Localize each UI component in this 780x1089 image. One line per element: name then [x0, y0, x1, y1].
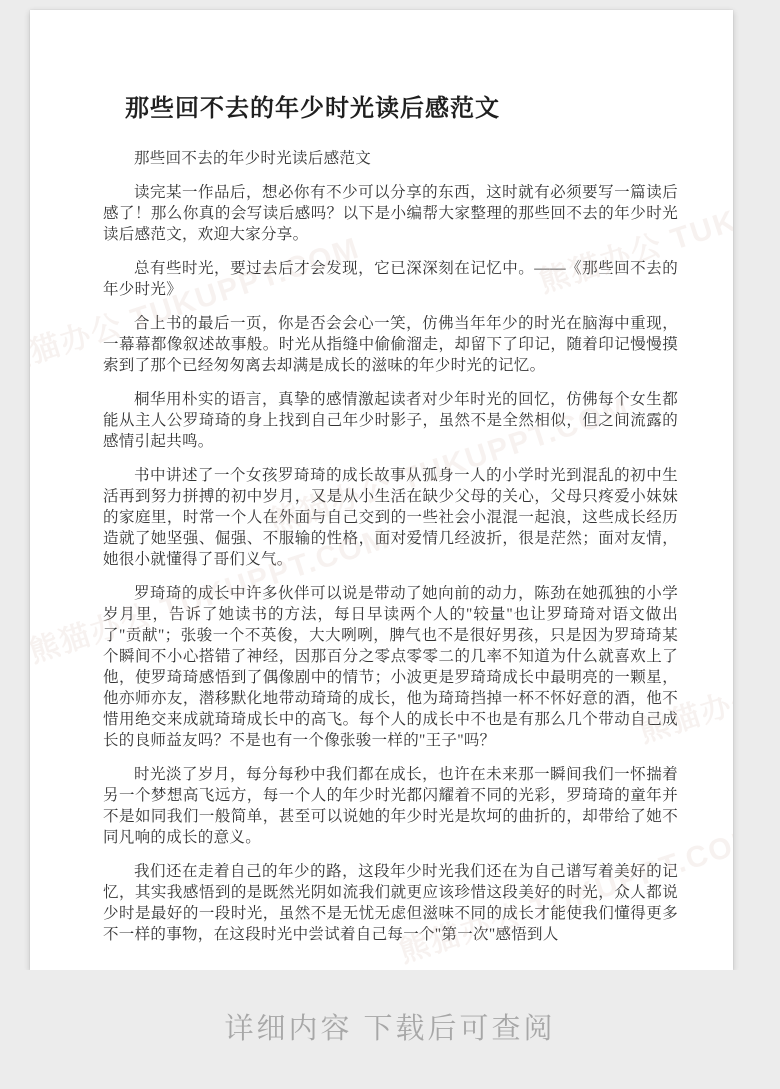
- doc-paragraph: 读完某一作品后，想必你有不少可以分享的东西，这时就有必须要写一篇读后感了！那么你…: [103, 182, 678, 245]
- doc-paragraph: 书中讲述了一个女孩罗琦琦的成长故事从孤身一人的小学时光到混乱的初中生活再到努力拼…: [103, 465, 678, 570]
- doc-paragraph: 总有些时光，要过去后才会发现，它已深深刻在记忆中。——《那些回不去的年少时光》: [103, 258, 678, 300]
- footer-bar: 详细内容 下载后可查阅: [0, 970, 780, 1089]
- doc-paragraph: 时光淡了岁月，每分每秒中我们都在成长，也许在未来那一瞬间我们一怀揣着另一个梦想高…: [103, 764, 678, 848]
- doc-paragraph: 桐华用朴实的语言，真挚的感情激起读者对少年时光的回忆，仿佛每个女生都能从主人公罗…: [103, 389, 678, 452]
- doc-paragraph: 我们还在走着自己的年少的路，这段年少时光我们还在为自己谱写着美好的记忆，其实我感…: [103, 861, 678, 945]
- document-page: 熊猫办公 TUKUPPT.COM熊猫办公 TUKUPPT.COM熊猫办公 TUK…: [30, 10, 733, 970]
- document-title: 那些回不去的年少时光读后感范文: [125, 94, 678, 124]
- footer-caption: 详细内容 下载后可查阅: [224, 1006, 555, 1047]
- doc-paragraph: 罗琦琦的成长中许多伙伴可以说是带动了她向前的动力，陈劲在她孤独的小学岁月里，告诉…: [103, 583, 678, 751]
- doc-paragraph: 合上书的最后一页，你是否会会心一笑，仿佛当年年少的时光在脑海中重现，一幕幕都像叙…: [103, 313, 678, 376]
- document-subtitle: 那些回不去的年少时光读后感范文: [103, 148, 678, 169]
